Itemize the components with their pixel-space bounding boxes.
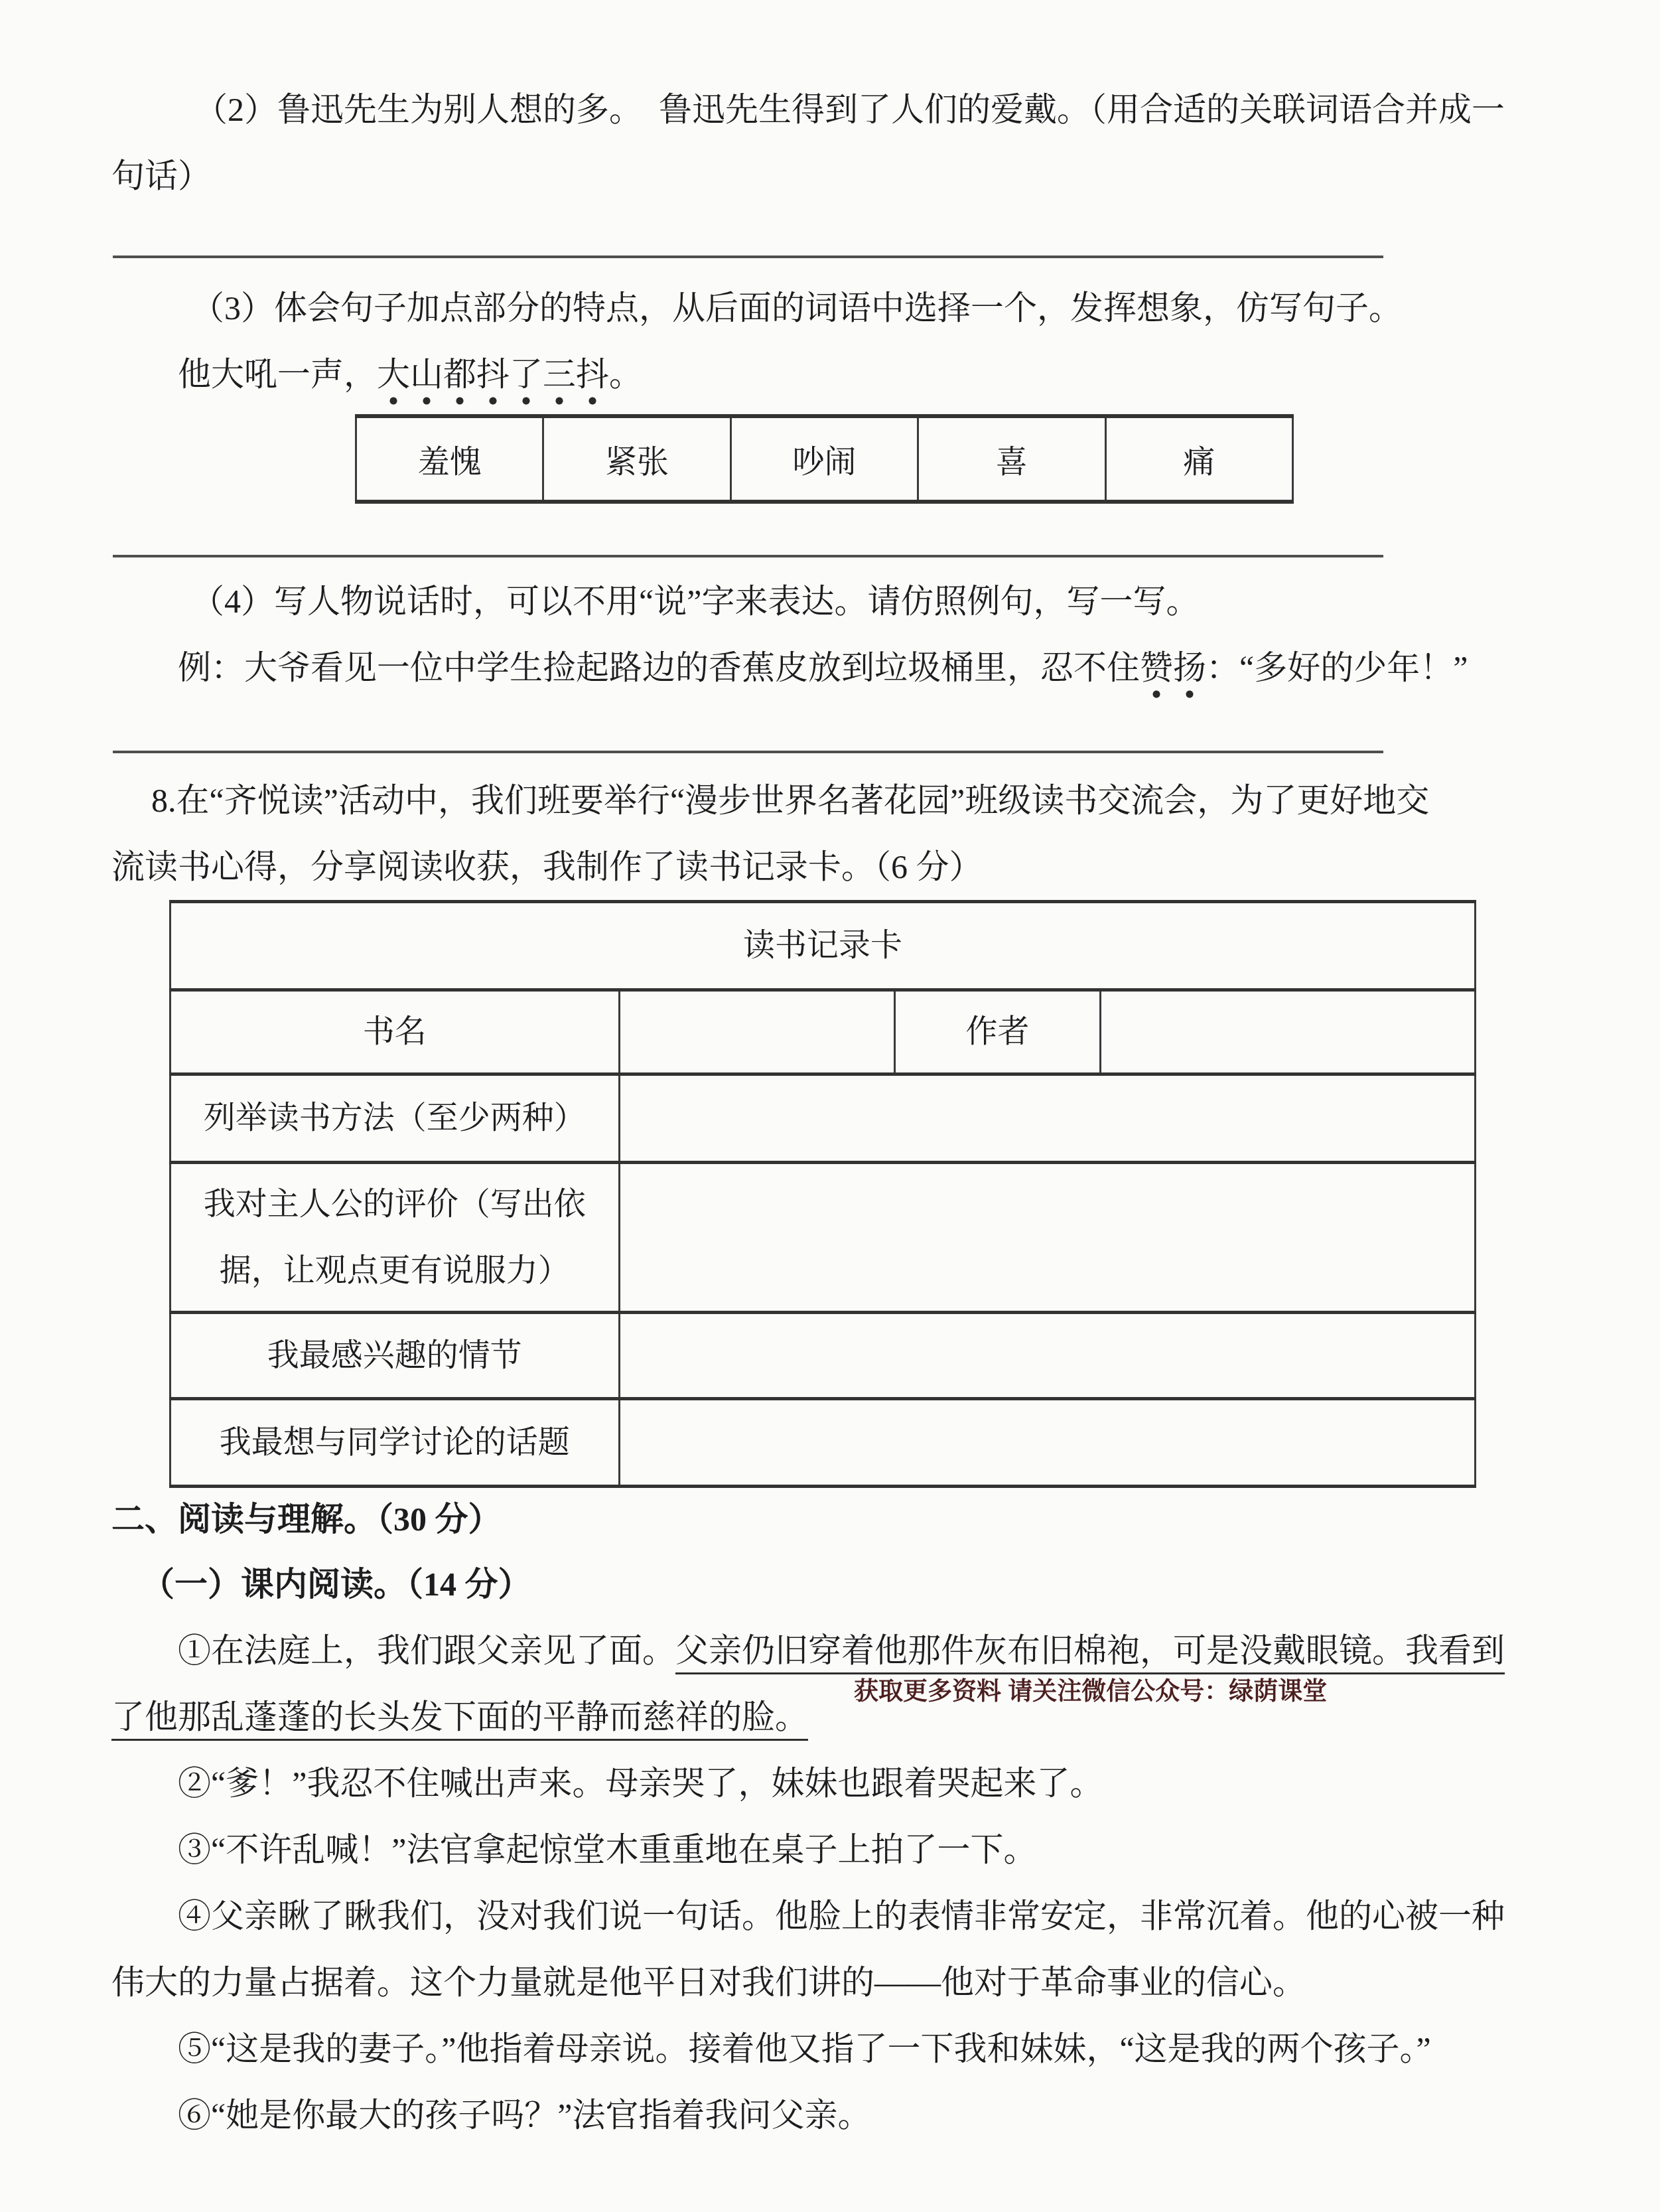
word-option-2: 紧张: [605, 445, 669, 480]
passage-p5: ⑤“这是我的妻子。”他指着母亲说。接着他又指了一下我和妹妹，“这是我的两个孩子。…: [111, 2016, 1574, 2082]
exam-page: （2）鲁迅先生为别人想的多。 鲁迅先生得到了人们的爱戴。（用合适的关联词语合并成…: [0, 0, 1660, 2212]
answer-blank-2: [113, 535, 1383, 557]
q3-sentence-suffix: 。: [609, 356, 642, 393]
author-value-cell: [1101, 990, 1476, 1074]
q4-example-suffix: ：“多好的少年！”: [1206, 649, 1468, 686]
record-card-row-methods: 列举读书方法（至少两种）: [171, 1074, 1476, 1163]
word-option-5: 痛: [1183, 445, 1215, 480]
word-option-cell: 痛: [1105, 416, 1292, 502]
passage-p1-line2: 了他那乱蓬蓬的长头发下面的平静而慈祥的脸。: [111, 1684, 1574, 1750]
passage-p1-line1: ①在法庭上，我们跟父亲见了面。父亲仍旧穿着他那件灰布旧棉袍，可是没戴眼镜。我看到: [111, 1617, 1574, 1684]
answer-blank-3: [113, 731, 1383, 753]
author-label-cell: 作者: [894, 990, 1101, 1074]
author-label: 作者: [966, 1014, 1030, 1049]
topic-value-cell: [619, 1399, 1475, 1487]
word-options-table: 羞愧 紧张 吵闹 喜 痛: [355, 414, 1294, 504]
book-value-cell: [619, 990, 894, 1074]
evaluation-label-line1: 我对主人公的评价（写出依: [178, 1171, 612, 1238]
book-label-cell: 书名: [171, 990, 620, 1074]
record-card-title-row: 读书记录卡: [171, 902, 1476, 990]
reading-record-card: 读书记录卡 书名 作者 列举读书方法（至少两种） 我对主人公的评价（写出依 据，…: [169, 900, 1476, 1488]
word-option-cell: 喜: [918, 416, 1105, 502]
book-label: 书名: [363, 1014, 427, 1049]
q4-prompt: （4）写人物说话时，可以不用“说”字来表达。请仿照例句，写一写。: [111, 568, 1574, 634]
passage-p4-line2: 伟大的力量占据着。这个力量就是他平日对我们讲的——他对于革命事业的信心。: [111, 1949, 1574, 2016]
q4-example-sentence: 例：大爷看见一位中学生捡起路边的香蕉皮放到垃圾桶里，忍不住赞扬：“多好的少年！”: [111, 634, 1574, 701]
passage-p2: ②“爹！”我忍不住喊出声来。母亲哭了，妹妹也跟着哭起来了。: [111, 1750, 1574, 1816]
topic-label: 我最想与同学讨论的话题: [220, 1425, 570, 1460]
q3-example-sentence: 他大吼一声，大山都抖了三抖。: [111, 341, 1574, 407]
evaluation-value-cell: [619, 1163, 1475, 1313]
top-margin: [111, 0, 1574, 76]
passage-p6: ⑥“她是你最大的孩子吗？”法官指着我问父亲。: [111, 2082, 1574, 2148]
plot-label: 我最感兴趣的情节: [267, 1338, 522, 1373]
word-option-cell: 羞愧: [356, 416, 543, 502]
record-card-row-evaluation: 我对主人公的评价（写出依 据，让观点更有说服力）: [171, 1163, 1476, 1313]
plot-label-cell: 我最感兴趣的情节: [171, 1313, 620, 1399]
q3-sentence-prefix: 他大吼一声，: [178, 356, 377, 393]
methods-label-cell: 列举读书方法（至少两种）: [171, 1074, 620, 1163]
passage-p4-line1: ④父亲瞅了瞅我们，没对我们说一句话。他脸上的表情非常安定，非常沉着。他的心被一种: [111, 1883, 1574, 1949]
evaluation-label-cell: 我对主人公的评价（写出依 据，让观点更有说服力）: [171, 1163, 620, 1313]
word-options-row: 羞愧 紧张 吵闹 喜 痛: [356, 416, 1293, 502]
answer-blank-1: [113, 236, 1383, 258]
record-card-row-plot: 我最感兴趣的情节: [171, 1313, 1476, 1399]
word-option-cell: 紧张: [543, 416, 730, 502]
record-card-book-row: 书名 作者: [171, 990, 1476, 1074]
record-card-row-topic: 我最想与同学讨论的话题: [171, 1399, 1476, 1487]
q4-example-prefix: 例：大爷看见一位中学生捡起路边的香蕉皮放到垃圾桶里，忍不住: [178, 649, 1140, 686]
watermark-text: 获取更多资料 请关注微信公众号：绿荫课堂: [854, 1671, 1327, 1707]
word-option-1: 羞愧: [418, 445, 482, 480]
methods-value-cell: [619, 1074, 1475, 1163]
q8-line1: 8.在“齐悦读”活动中，我们班要举行“漫步世界名著花园”班级读书交流会，为了更好…: [111, 767, 1574, 834]
record-card-title: 读书记录卡: [743, 928, 902, 963]
word-option-4: 喜: [996, 445, 1028, 480]
passage-p3: ③“不许乱喊！”法官拿起惊堂木重重地在桌子上拍了一下。: [111, 1816, 1574, 1883]
q3-sentence-dotted: 大山都抖了三抖: [377, 356, 609, 406]
section2-heading: 二、阅读与理解。（30 分）: [111, 1488, 1574, 1551]
q2-line1: （2）鲁迅先生为别人想的多。 鲁迅先生得到了人们的爱戴。（用合适的关联词语合并成…: [111, 76, 1574, 143]
record-card-title-cell: 读书记录卡: [171, 902, 1476, 990]
p1-underlined-part1: 父亲仍旧穿着他那件灰布旧棉袍，可是没戴眼镜。我看到: [675, 1632, 1505, 1669]
word-option-cell: 吵闹: [730, 416, 918, 502]
word-option-3: 吵闹: [792, 445, 856, 480]
q3-prompt: （3）体会句子加点部分的特点，从后面的词语中选择一个，发挥想象，仿写句子。: [111, 275, 1574, 341]
topic-label-cell: 我最想与同学讨论的话题: [171, 1399, 620, 1487]
q2-line2: 句话）: [111, 143, 1574, 209]
q8-line2: 流读书心得，分享阅读收获，我制作了读书记录卡。（6 分）: [111, 834, 1574, 900]
evaluation-label-line2: 据，让观点更有说服力）: [178, 1238, 612, 1304]
p1-underlined-part2: 了他那乱蓬蓬的长头发下面的平静而慈祥的脸。: [111, 1698, 808, 1735]
section2-sub-heading: （一）课内阅读。（14 分）: [111, 1551, 1574, 1617]
q4-example-dotted: 赞扬: [1140, 649, 1206, 700]
methods-label: 列举读书方法（至少两种）: [204, 1100, 586, 1136]
plot-value-cell: [619, 1313, 1475, 1399]
p1-normal: ①在法庭上，我们跟父亲见了面。: [178, 1632, 675, 1669]
